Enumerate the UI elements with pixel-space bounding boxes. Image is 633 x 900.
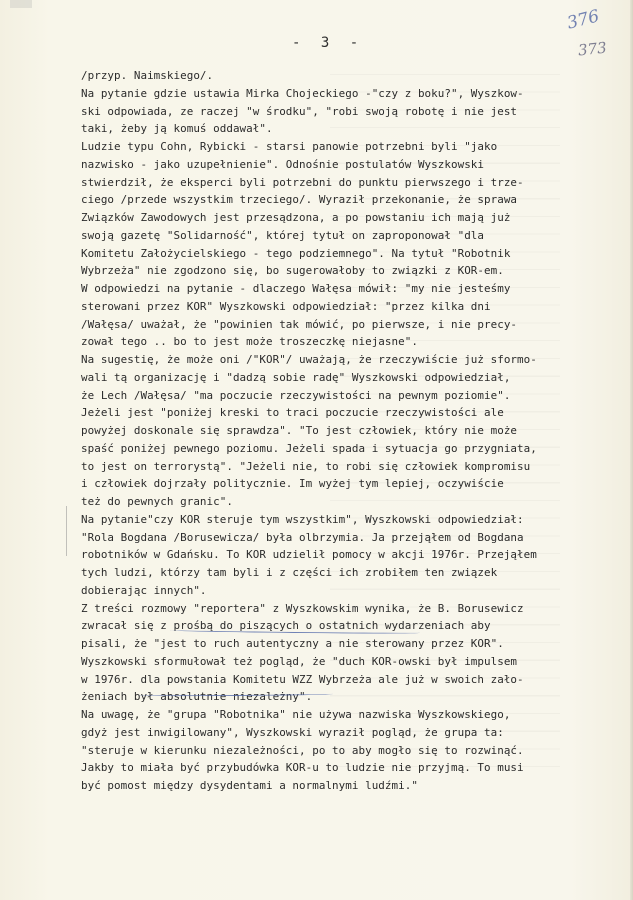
text-line: Ludzie typu Cohn, Rybicki - starsi panow… xyxy=(81,138,626,156)
text-line: też do pewnych granic". xyxy=(81,493,626,511)
text-line: i człowiek dojrzały politycznie. Im wyże… xyxy=(81,475,626,493)
text-line: dobierając innych". xyxy=(81,582,626,600)
scan-artifact xyxy=(10,0,32,8)
margin-mark xyxy=(66,506,67,556)
page-number: - 3 - xyxy=(292,35,364,51)
document-page: - 3 - 376 373 /przyp. Naimskiego/.Na pyt… xyxy=(0,0,633,900)
text-line: pisali, że "jest to ruch autentyczny a n… xyxy=(81,635,626,653)
text-line: nazwisko - jako uzupełnienie". Odnośnie … xyxy=(81,156,626,174)
text-line: "Rola Bogdana /Borusewicza/ była olbrzym… xyxy=(81,529,626,547)
text-line: tych ludzi, którzy tam byli i z części i… xyxy=(81,564,626,582)
text-line: zował tego .. bo to jest może troszeczkę… xyxy=(81,333,626,351)
text-line: sterowani przez KOR" Wyszkowski odpowied… xyxy=(81,298,626,316)
text-line: swoją gazetę "Solidarność", której tytuł… xyxy=(81,227,626,245)
text-line: W odpowiedzi na pytanie - dlaczego Wałęs… xyxy=(81,280,626,298)
text-line: "steruje w kierunku niezależności, po to… xyxy=(81,742,626,760)
text-line: że Lech /Wałęsa/ "ma poczucie rzeczywist… xyxy=(81,387,626,405)
text-line: być pomost między dysydentami a normalny… xyxy=(81,777,626,795)
text-line: robotników w Gdańsku. To KOR udzielił po… xyxy=(81,546,626,564)
text-line: ski odpowiada, ze raczej "w środku", "ro… xyxy=(81,103,626,121)
text-line: /Wałęsa/ uważał, że "powinien tak mówić,… xyxy=(81,316,626,334)
text-line: w 1976r. dla powstania Komitetu WZZ Wybr… xyxy=(81,671,626,689)
text-line: żeniach był absolutnie niezależny". xyxy=(81,688,626,706)
text-line: Związków Zawodowych jest przesądzona, a … xyxy=(81,209,626,227)
text-line: wali tą organizację i "dadzą sobie radę"… xyxy=(81,369,626,387)
text-line: Na pytanie gdzie ustawia Mirka Chojeckie… xyxy=(81,85,626,103)
text-line: powyżej doskonale się sprawdza". "To jes… xyxy=(81,422,626,440)
text-line: taki, żeby ją komuś oddawał". xyxy=(81,120,626,138)
handwritten-folio-number: 376 xyxy=(565,6,601,33)
text-line: Na sugestię, że może oni /"KOR"/ uważają… xyxy=(81,351,626,369)
handwritten-folio-number-secondary: 373 xyxy=(577,39,607,60)
text-line: ciego /przede wszystkim trzeciego/. Wyra… xyxy=(81,191,626,209)
text-line: Z treści rozmowy "reportera" z Wyszkowsk… xyxy=(81,600,626,618)
text-line: /przyp. Naimskiego/. xyxy=(81,67,626,85)
text-line: Wybrzeża" nie zgodzono się, bo sugerował… xyxy=(81,262,626,280)
text-line: Wyszkowski sformułował też pogląd, że "d… xyxy=(81,653,626,671)
text-line: Na pytanie"czy KOR steruje tym wszystkim… xyxy=(81,511,626,529)
typewritten-body-text: /przyp. Naimskiego/.Na pytanie gdzie ust… xyxy=(81,67,626,795)
text-line: Komitetu Założycielskiego - tego podziem… xyxy=(81,245,626,263)
text-line: Jakby to miała być przybudówka KOR-u to … xyxy=(81,759,626,777)
text-line: stwierdził, że eksperci byli potrzebni d… xyxy=(81,174,626,192)
text-line: to jest on terrorystą". "Jeżeli nie, to … xyxy=(81,458,626,476)
text-line: gdyż jest inwigilowany", Wyszkowski wyra… xyxy=(81,724,626,742)
text-line: spaść poniżej pewnego poziomu. Jeżeli sp… xyxy=(81,440,626,458)
text-line: Jeżeli jest "poniżej kreski to traci poc… xyxy=(81,404,626,422)
text-line: Na uwagę, że "grupa "Robotnika" nie używ… xyxy=(81,706,626,724)
